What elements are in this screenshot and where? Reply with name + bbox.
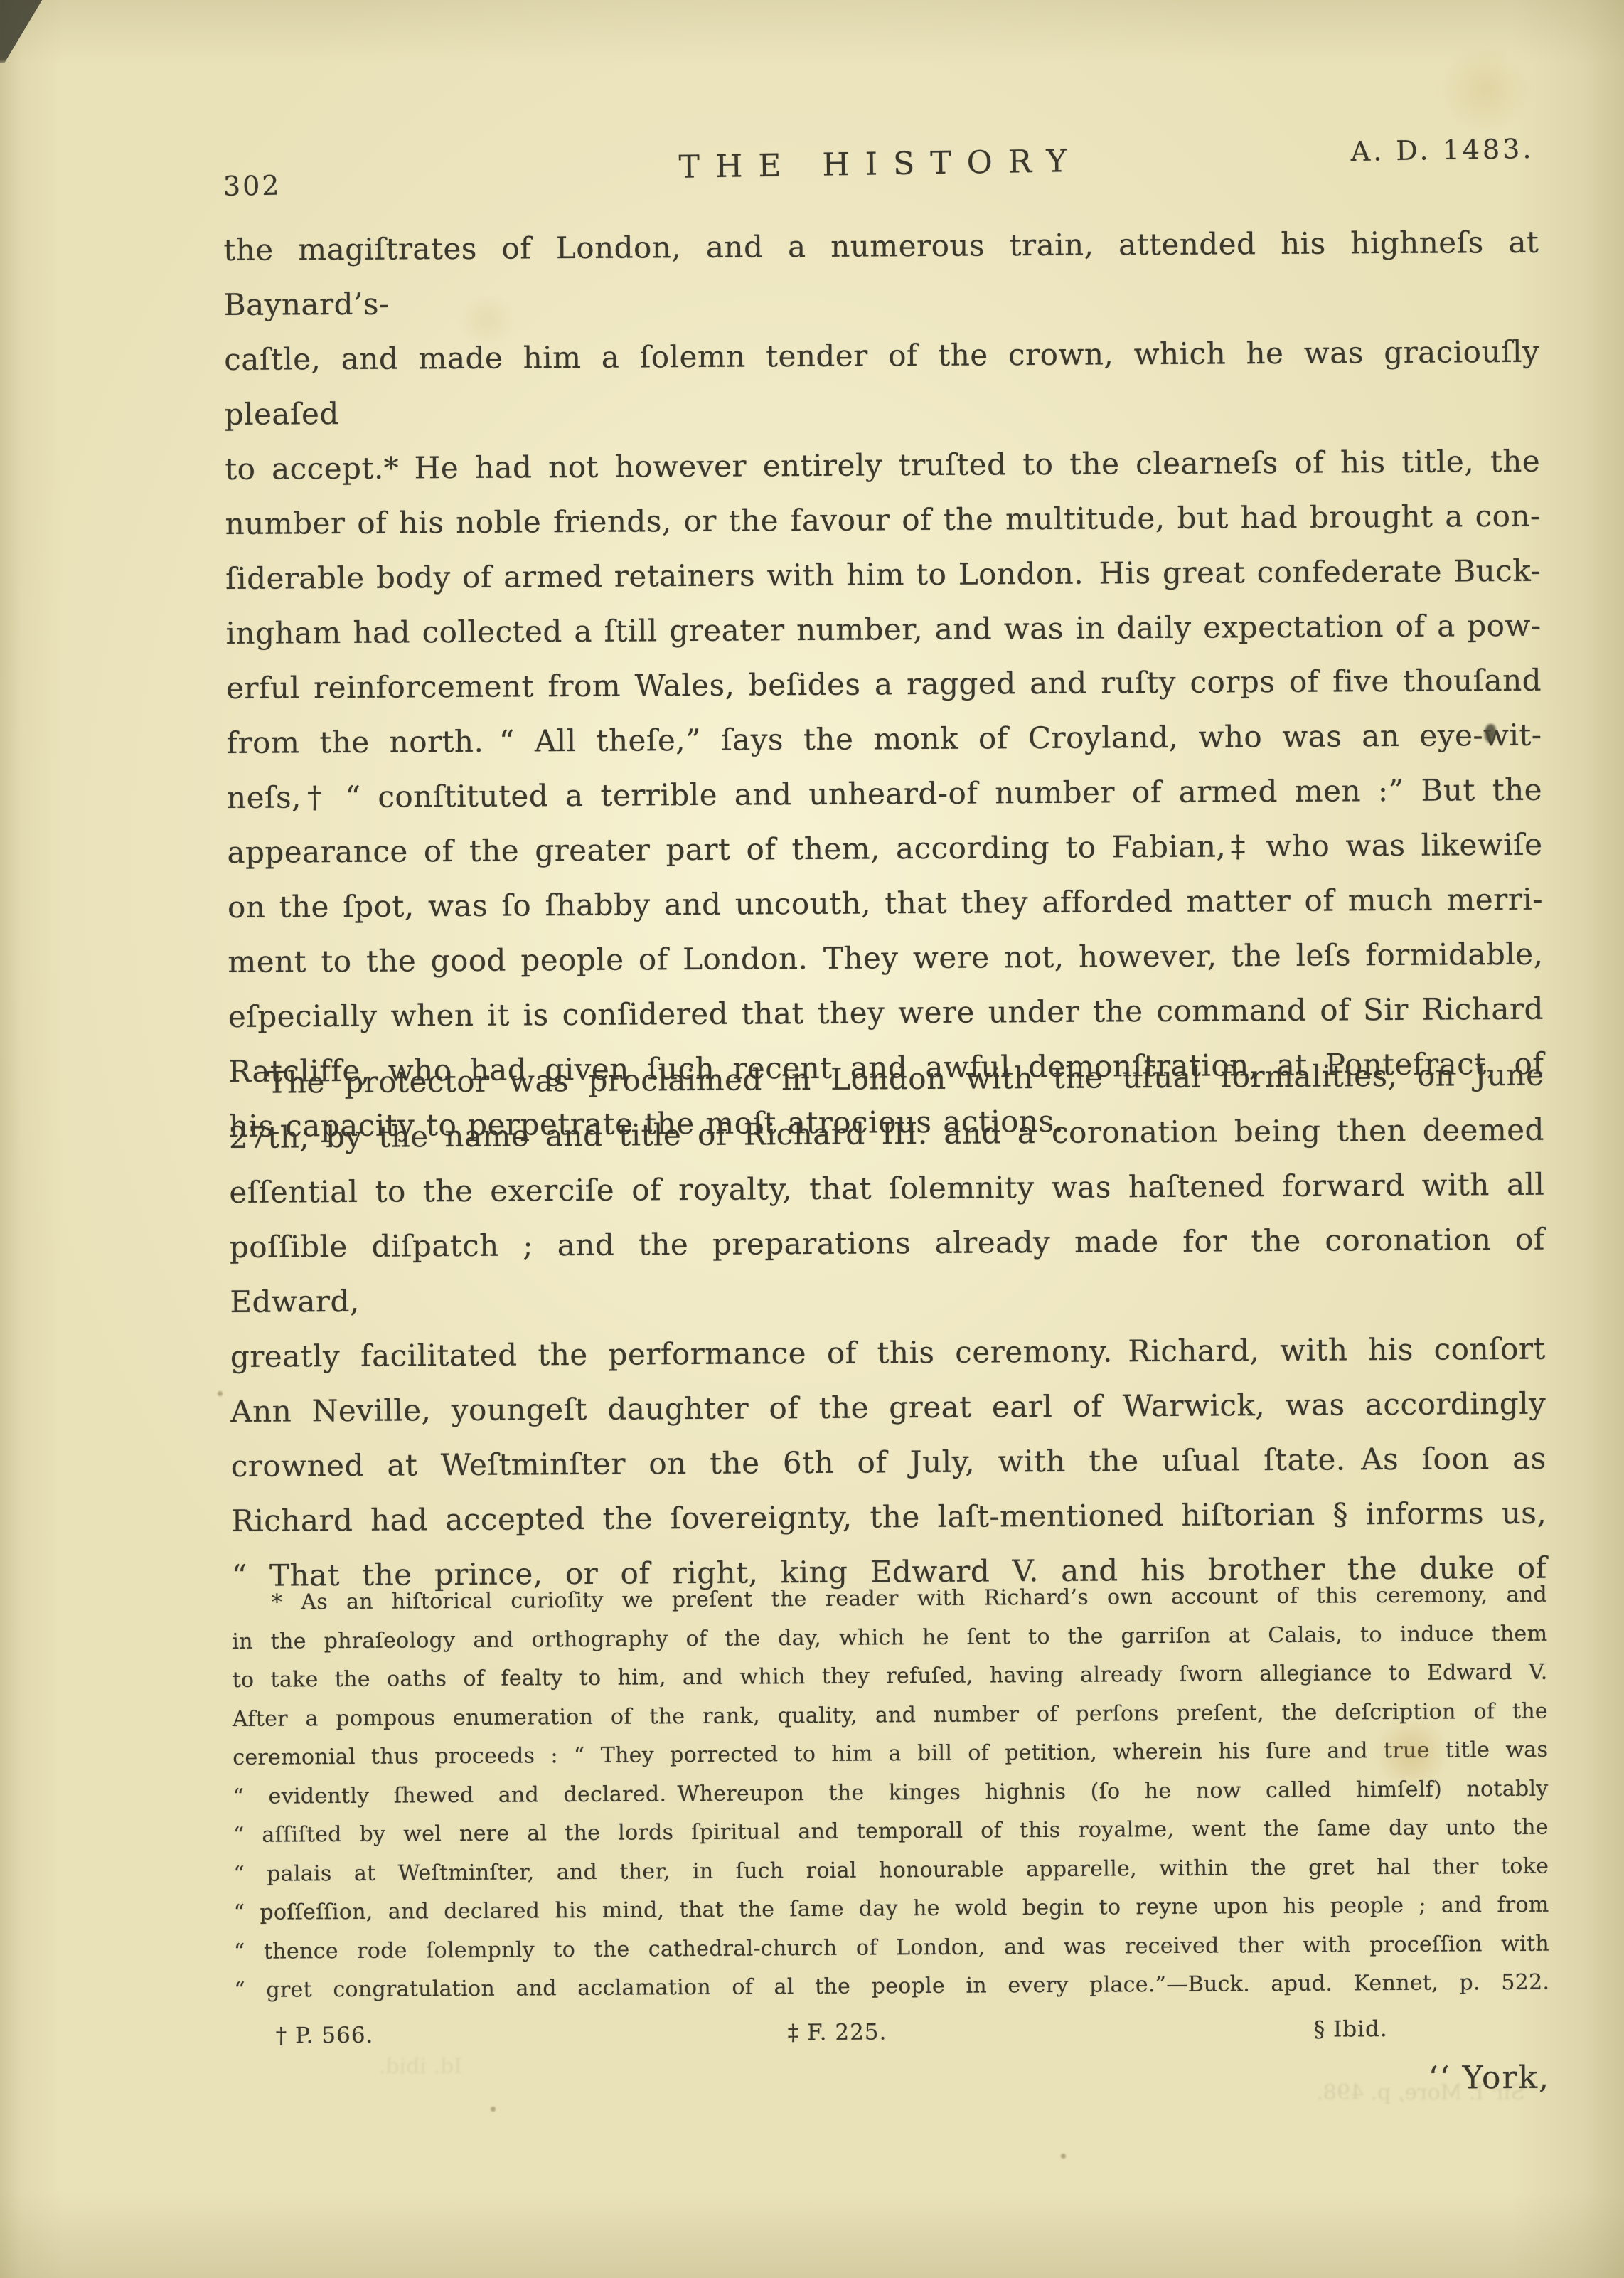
footnote-ref-dagger: † P. 566.	[276, 2023, 374, 2049]
text-line: to accept.* He had not however entirely …	[225, 434, 1540, 496]
text-line: eſpecially when it is conſidered that th…	[228, 981, 1544, 1044]
text-line: the magiſtrates of London, and a numerou…	[223, 215, 1539, 332]
paper-stain	[455, 299, 519, 341]
page-header: 302 THE HISTORY A. D. 1483.	[223, 132, 1539, 202]
text-line: The protector was proclaimed in London w…	[228, 1048, 1544, 1110]
text-line: poſſible diſpatch ; and the preparations…	[230, 1212, 1546, 1329]
text-line: from the north. “ All theſe,” ſays the m…	[226, 708, 1542, 770]
paper-speck	[218, 1391, 223, 1396]
text-line: neſs,† “ conſtituted a terrible and unhe…	[227, 762, 1542, 825]
paper-speck	[491, 2107, 496, 2112]
paragraph-1: the magiſtrates of London, and a numerou…	[223, 215, 1544, 1154]
text-line: ſiderable body of armed retainers with h…	[225, 543, 1541, 606]
text-line: ingham had collected a ſtill greater num…	[225, 598, 1541, 661]
text-line: on the ſpot, was ſo ſhabby and uncouth, …	[228, 872, 1543, 935]
text-line: crowned at Weſtminſter on the 6th of Jul…	[231, 1431, 1546, 1494]
text-line: eſſential to the exerciſe of royalty, th…	[229, 1157, 1544, 1220]
text-line: caſtle, and made him a ſolemn tender of …	[224, 324, 1540, 442]
paper-speck	[1061, 2154, 1066, 2159]
text-line: 27th, by the name and title of Richard I…	[229, 1102, 1544, 1165]
text-line: number of his noble friends, or the favo…	[225, 489, 1540, 551]
book-page-scan: 302 THE HISTORY A. D. 1483. the magiſtra…	[0, 0, 1624, 2278]
text-line: greatly facilitated the performance of t…	[230, 1321, 1546, 1384]
text-line: appearance of the greater part of them, …	[227, 817, 1542, 880]
footnote-line: “ gret congratulation and acclamation of…	[234, 1964, 1549, 2011]
bleedthrough-text: Sir T. More, p. 498.	[1312, 2080, 1525, 2105]
text-line: Ann Neville, youngeſt daughter of the gr…	[230, 1376, 1546, 1439]
text-line: ment to the good people of London. They …	[228, 927, 1543, 989]
date-header: A. D. 1483.	[1350, 133, 1534, 167]
footnote-ref-double-dagger: ‡ F. 225.	[788, 2019, 887, 2045]
text-line: erful reinforcement from Wales, beſides …	[226, 653, 1542, 715]
bleedthrough-text: Id. ibid.	[306, 2054, 462, 2079]
footnote-block: * As an hiſtorical curioſity we preſent …	[232, 1576, 1550, 2011]
paper-stain	[1436, 50, 1536, 128]
paragraph-2: The protector was proclaimed in London w…	[228, 1048, 1547, 1603]
page-content: 302 THE HISTORY A. D. 1483. the magiſtra…	[0, 0, 1624, 2278]
footnote-ref-section: § Ibid.	[1314, 2016, 1388, 2043]
running-title: THE HISTORY	[223, 136, 1539, 193]
paper-stain	[1372, 1721, 1451, 1785]
text-line: Richard had accepted the ſovereignty, th…	[231, 1486, 1546, 1548]
